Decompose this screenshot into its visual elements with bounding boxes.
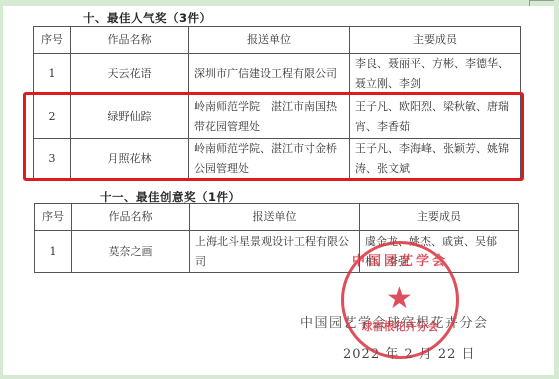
seal-bottom-text: 球宿根花卉分会	[354, 318, 446, 334]
cell-members: 李良、聂丽平、方彬、李德华、聂立刚、李剑	[350, 54, 521, 95]
cell-no: 1	[34, 54, 71, 95]
official-seal: 中国园艺学会 ★ 球宿根花卉分会	[341, 241, 459, 359]
table-row: 1 天云花语 深圳市广信建设工程有限公司 李良、聂丽平、方彬、李德华、聂立刚、李…	[34, 54, 521, 95]
header-unit: 报送单位	[189, 27, 350, 54]
header-unit: 报送单位	[190, 204, 360, 231]
seal-ring-text: 中国园艺学会	[352, 250, 448, 269]
table-header-row: 序号 作品名称 报送单位 主要成员	[34, 27, 521, 54]
cell-unit: 深圳市广信建设工程有限公司	[189, 54, 350, 95]
section-title-best-popularity: 十、最佳人气奖（3件）	[83, 10, 212, 26]
cell-unit: 上海北斗星景观设计工程有限公司	[190, 231, 360, 273]
page-corner-mark	[529, 0, 554, 6]
highlight-box	[23, 92, 524, 181]
cell-work-name: 莫奈之画	[72, 231, 190, 273]
header-no: 序号	[35, 204, 72, 231]
header-work-name: 作品名称	[72, 204, 190, 231]
header-work-name: 作品名称	[71, 27, 189, 54]
cell-no: 1	[35, 231, 72, 273]
star-icon: ★	[386, 284, 413, 314]
cell-work-name: 天云花语	[71, 54, 189, 95]
header-members: 主要成员	[350, 27, 521, 54]
table-header-row: 序号 作品名称 报送单位 主要成员	[35, 204, 519, 231]
header-no: 序号	[34, 27, 71, 54]
header-members: 主要成员	[360, 204, 519, 231]
